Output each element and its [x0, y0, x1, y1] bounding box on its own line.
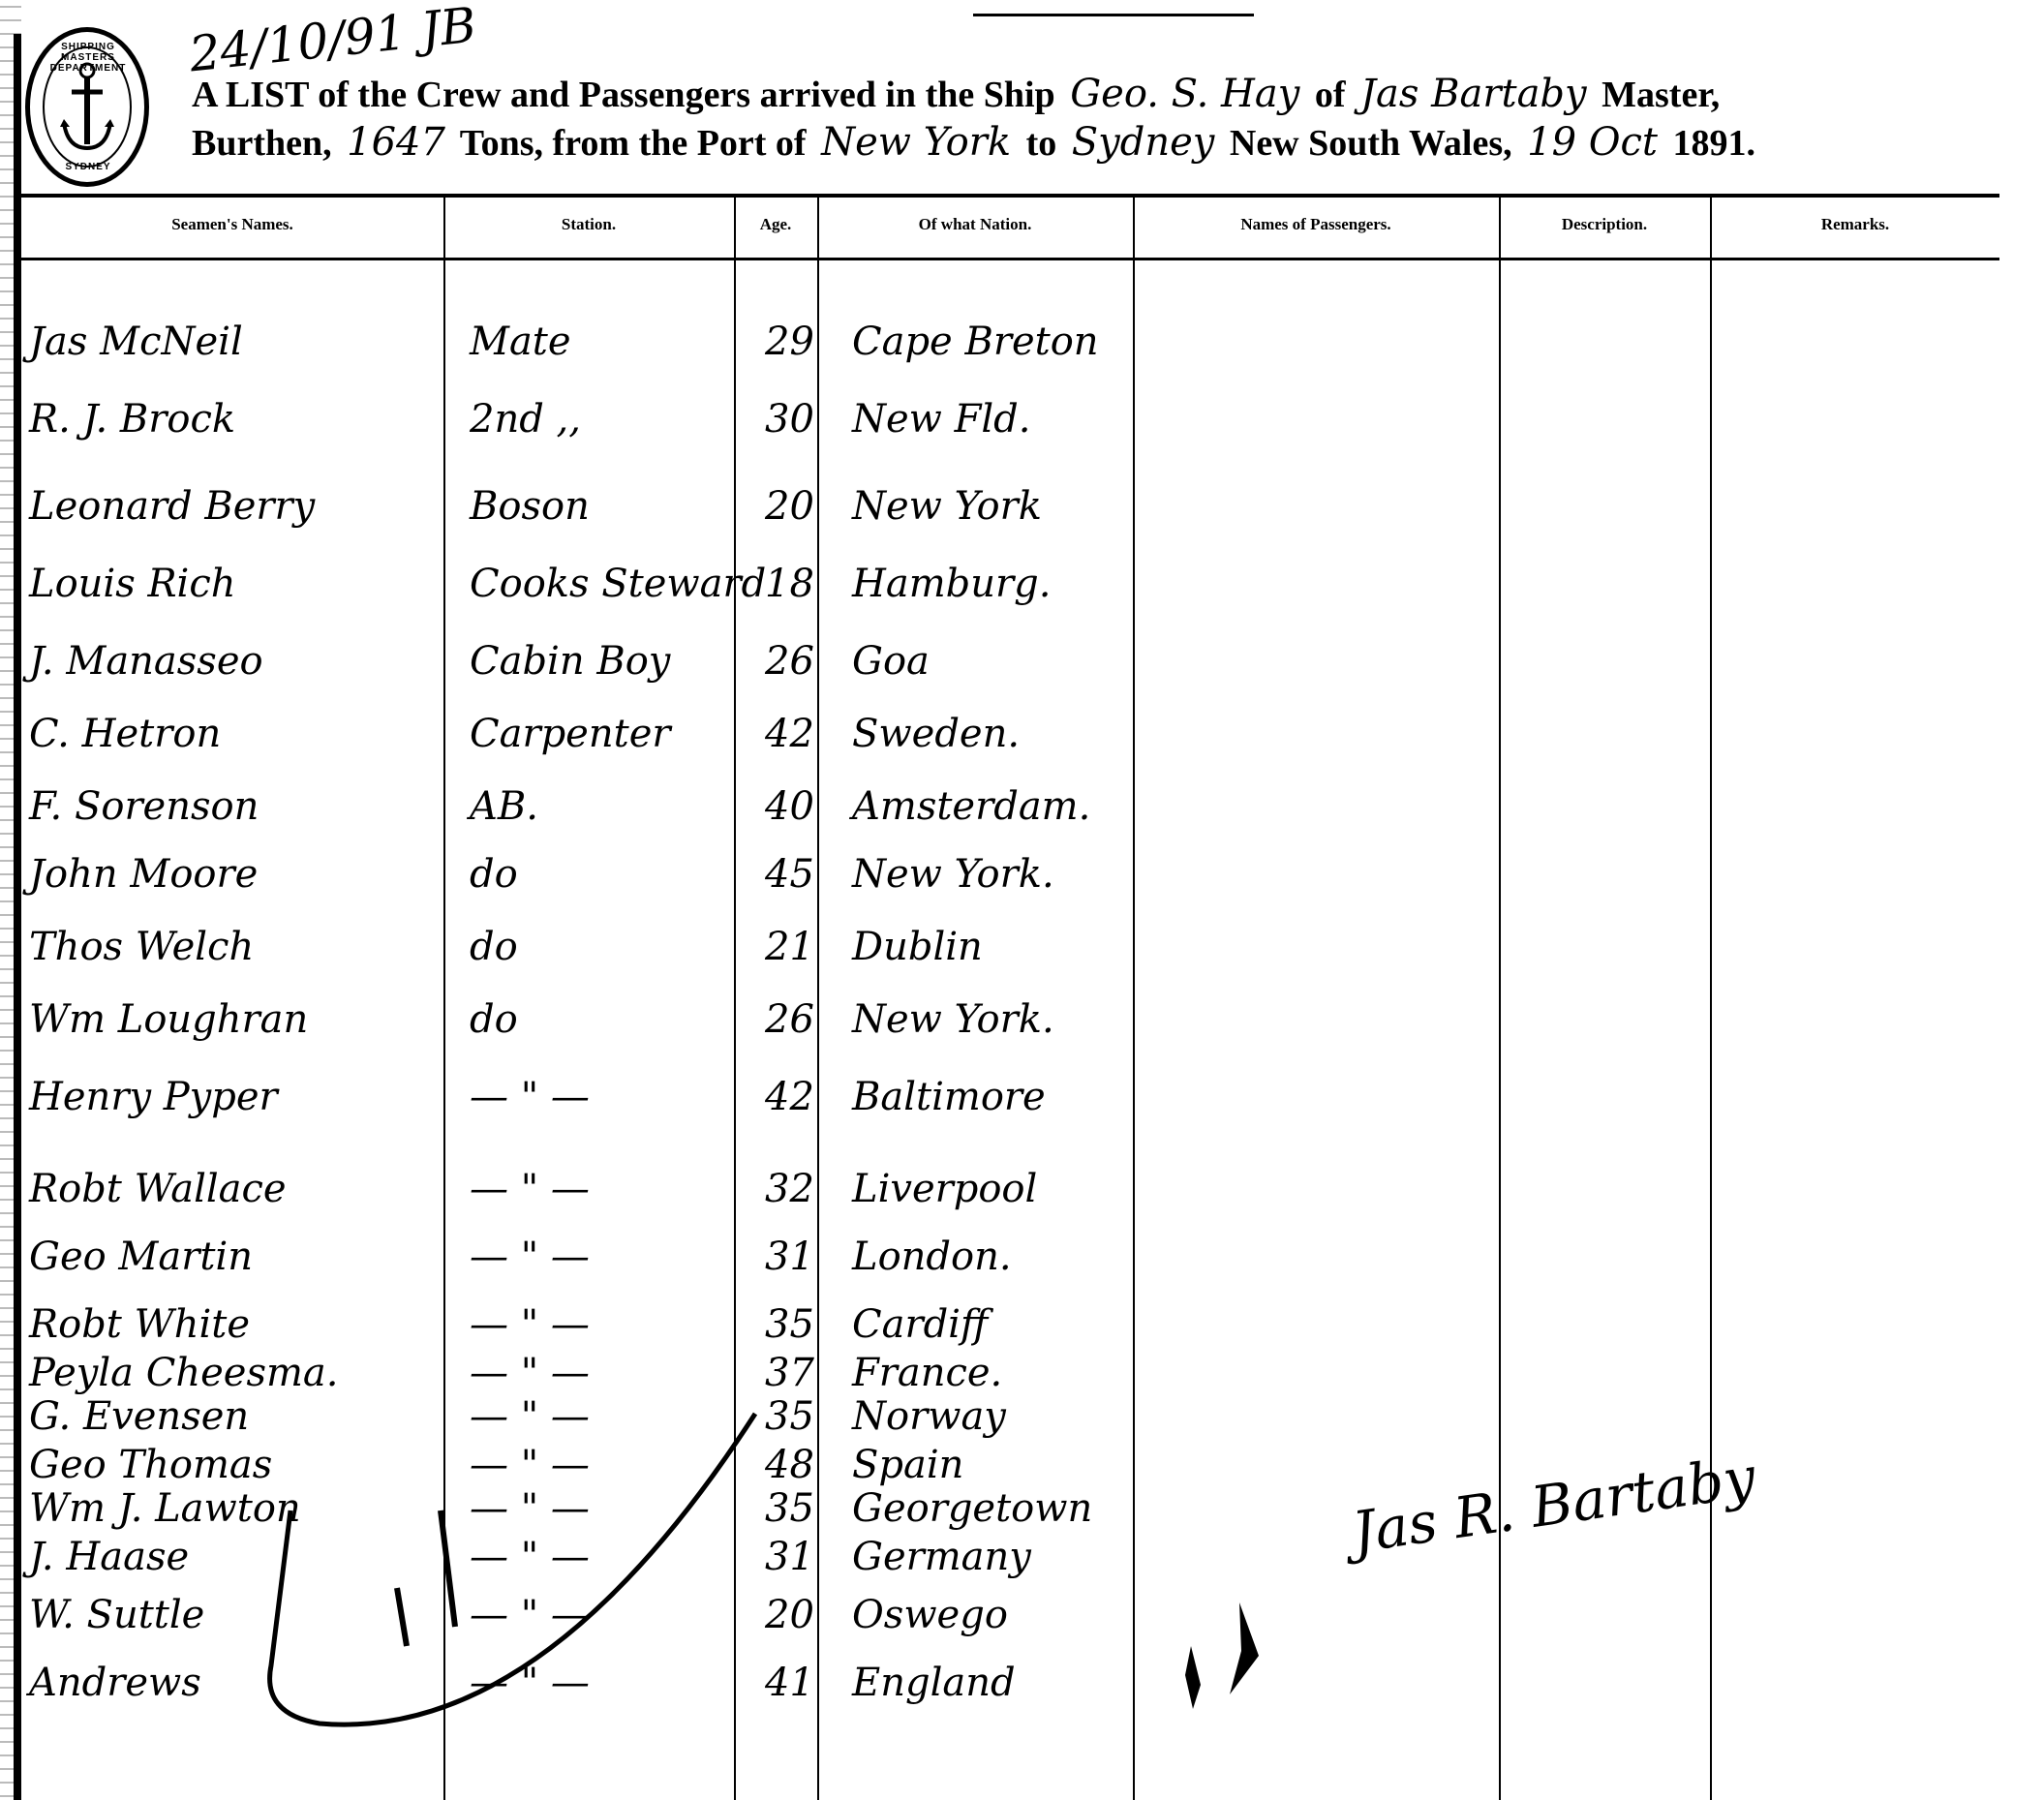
- master-label: Master,: [1602, 75, 1720, 115]
- station-value: — " —: [470, 1351, 590, 1395]
- to-label: to: [1026, 123, 1057, 164]
- col-header-seamens-names: Seamen's Names.: [19, 215, 445, 234]
- arrival-date: 19 Oct: [1527, 120, 1658, 165]
- seaman-name: Andrews: [29, 1661, 201, 1705]
- title-line-2: Burthen, 1647 Tons, from the Port of New…: [192, 120, 1755, 165]
- column-divider: [1133, 198, 1135, 1800]
- top-rule: [973, 14, 1254, 16]
- seaman-name: Jas McNeil: [29, 320, 243, 364]
- nation-value: Baltimore: [852, 1075, 1046, 1119]
- column-divider: [817, 198, 819, 1800]
- nation-value: New Fld.: [852, 397, 1031, 442]
- stamp-text-bottom: SYDNEY: [40, 162, 137, 172]
- seaman-name: Robt White: [29, 1302, 250, 1347]
- station-value: do: [470, 997, 518, 1042]
- age-value: 35: [765, 1394, 814, 1439]
- nation-value: Cape Breton: [852, 320, 1099, 364]
- station-value: do: [470, 852, 518, 897]
- col-header-age: Age.: [734, 215, 817, 234]
- column-divider: [734, 198, 736, 1800]
- nation-value: Dublin: [852, 925, 983, 969]
- binding-line: [14, 34, 21, 1800]
- header-rule: [19, 194, 1999, 198]
- seaman-name: Geo Martin: [29, 1235, 253, 1279]
- seaman-name: Henry Pyper: [29, 1075, 278, 1119]
- station-value: Boson: [470, 484, 590, 529]
- station-value: — " —: [470, 1394, 590, 1439]
- seaman-name: J. Manasseo: [29, 639, 263, 684]
- seaman-name: F. Sorenson: [29, 784, 259, 829]
- seaman-name: J. Haase: [29, 1535, 189, 1579]
- age-value: 18: [765, 562, 814, 606]
- date-initials-annotation: 24/10/91 JB: [187, 0, 479, 82]
- title-line-1: A LIST of the Crew and Passengers arrive…: [192, 72, 1720, 116]
- nation-value: London.: [852, 1235, 1012, 1279]
- age-value: 42: [765, 1075, 814, 1119]
- col-header-station: Station.: [443, 215, 734, 234]
- age-value: 31: [765, 1535, 814, 1579]
- seaman-name: Peyla Cheesma.: [29, 1351, 338, 1395]
- station-value: — " —: [470, 1235, 590, 1279]
- burthen-label: Burthen,: [192, 123, 332, 164]
- seaman-name: Geo Thomas: [29, 1443, 272, 1487]
- station-value: AB.: [470, 784, 538, 829]
- ink-blot: [1172, 1598, 1278, 1714]
- from-port: New York: [821, 120, 1011, 165]
- stamp-text-top: SHIPPING MASTERS DEPARTMENT: [40, 42, 137, 74]
- station-value: Cabin Boy: [470, 639, 670, 684]
- nation-value: England: [852, 1661, 1016, 1705]
- seaman-name: C. Hetron: [29, 712, 221, 756]
- col-header-description: Description.: [1499, 215, 1710, 234]
- seaman-name: Wm Loughran: [29, 997, 308, 1042]
- nation-value: Sweden.: [852, 712, 1020, 756]
- nation-value: Hamburg.: [852, 562, 1051, 606]
- age-value: 31: [765, 1235, 814, 1279]
- age-value: 20: [765, 484, 814, 529]
- column-divider: [1710, 198, 1712, 1800]
- age-value: 32: [765, 1167, 814, 1211]
- tons-label: Tons, from the Port of: [460, 123, 807, 164]
- col-header-remarks: Remarks.: [1710, 215, 2000, 234]
- station-value: — " —: [470, 1302, 590, 1347]
- nation-value: Liverpool: [852, 1167, 1037, 1211]
- column-header-rule: [19, 258, 1999, 260]
- tons-value: 1647: [347, 120, 445, 165]
- station-value: — " —: [470, 1593, 590, 1637]
- nation-value: Oswego: [852, 1593, 1008, 1637]
- ship-name: Geo. S. Hay: [1070, 72, 1299, 116]
- station-value: — " —: [470, 1535, 590, 1579]
- station-value: 2nd ,,: [470, 397, 581, 442]
- nation-value: Amsterdam.: [852, 784, 1090, 829]
- nation-value: Georgetown: [852, 1486, 1092, 1531]
- age-value: 20: [765, 1593, 814, 1637]
- crew-list-document: SHIPPING MASTERS DEPARTMENT SYDNEY 24/10…: [0, 0, 2044, 1800]
- col-header-nation: Of what Nation.: [817, 215, 1133, 234]
- age-value: 35: [765, 1486, 814, 1531]
- age-value: 48: [765, 1443, 814, 1487]
- region-label: New South Wales,: [1230, 123, 1512, 164]
- seaman-name: Louis Rich: [29, 562, 236, 606]
- seaman-name: Robt Wallace: [29, 1167, 287, 1211]
- nation-value: Goa: [852, 639, 930, 684]
- nation-value: Germany: [852, 1535, 1031, 1579]
- station-value: Cooks Steward: [470, 562, 766, 606]
- nation-value: New York: [852, 484, 1042, 529]
- shipping-masters-stamp: SHIPPING MASTERS DEPARTMENT SYDNEY: [25, 27, 149, 187]
- seaman-name: Leonard Berry: [29, 484, 315, 529]
- column-divider: [443, 198, 445, 1800]
- station-value: — " —: [470, 1167, 590, 1211]
- seaman-name: Thos Welch: [29, 925, 254, 969]
- age-value: 29: [765, 320, 814, 364]
- age-value: 42: [765, 712, 814, 756]
- seaman-name: W. Suttle: [29, 1593, 204, 1637]
- nation-value: Cardiff: [852, 1302, 988, 1347]
- master-name: Jas Bartaby: [1360, 72, 1587, 116]
- nation-value: Norway: [852, 1394, 1006, 1439]
- seaman-name: Wm J. Lawton: [29, 1486, 301, 1531]
- age-value: 26: [765, 997, 814, 1042]
- seaman-name: R. J. Brock: [29, 397, 235, 442]
- station-value: do: [470, 925, 518, 969]
- age-value: 41: [765, 1661, 814, 1705]
- station-value: — " —: [470, 1661, 590, 1705]
- column-divider: [1499, 198, 1501, 1800]
- age-value: 35: [765, 1302, 814, 1347]
- col-header-passengers: Names of Passengers.: [1133, 215, 1499, 234]
- nation-value: New York.: [852, 852, 1054, 897]
- title-prefix: A LIST of the Crew and Passengers arrive…: [192, 75, 1055, 115]
- station-value: — " —: [470, 1075, 590, 1119]
- seaman-name: John Moore: [29, 852, 258, 897]
- age-value: 45: [765, 852, 814, 897]
- seaman-name: G. Evensen: [29, 1394, 249, 1439]
- nation-value: New York.: [852, 997, 1054, 1042]
- age-value: 40: [765, 784, 814, 829]
- station-value: Mate: [470, 320, 571, 364]
- station-value: — " —: [470, 1486, 590, 1531]
- master-signature: Jas R. Bartaby: [1348, 1444, 1759, 1566]
- arrival-year: 1891.: [1673, 123, 1756, 164]
- age-value: 37: [765, 1351, 814, 1395]
- age-value: 30: [765, 397, 814, 442]
- nation-value: Spain: [852, 1443, 963, 1487]
- station-value: Carpenter: [470, 712, 670, 756]
- nation-value: France.: [852, 1351, 1002, 1395]
- of-label: of: [1315, 75, 1346, 115]
- to-port: Sydney: [1072, 120, 1215, 165]
- age-value: 21: [765, 925, 814, 969]
- age-value: 26: [765, 639, 814, 684]
- station-value: — " —: [470, 1443, 590, 1487]
